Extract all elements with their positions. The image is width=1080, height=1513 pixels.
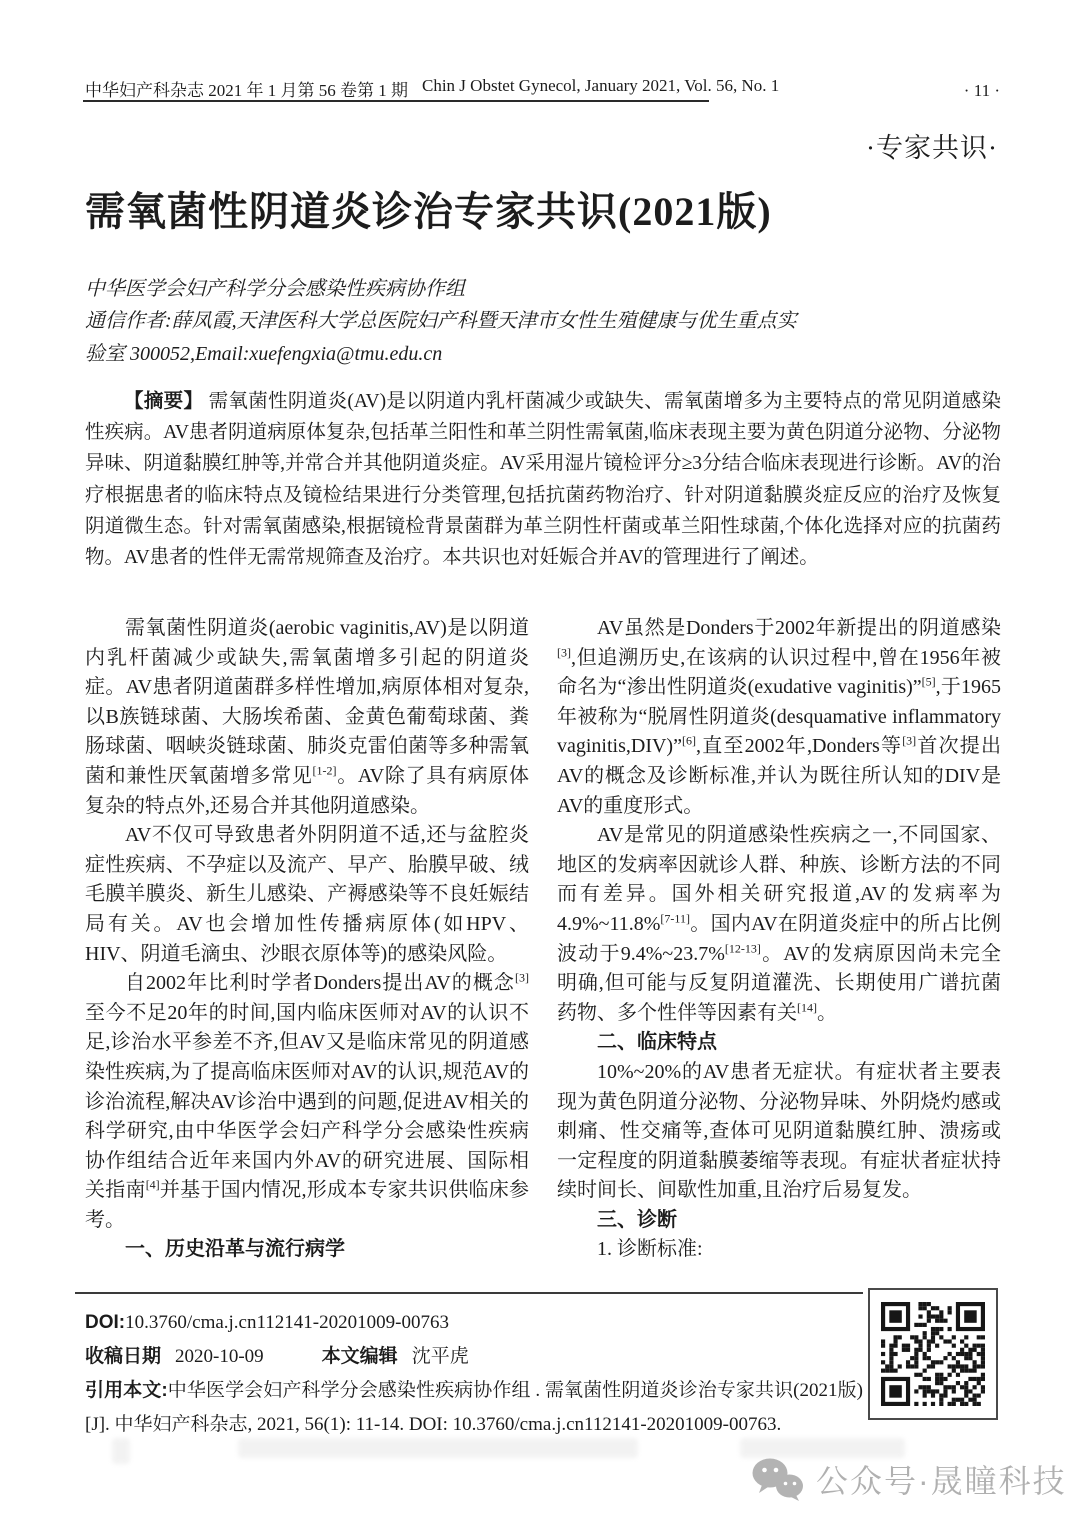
wechat-icon <box>752 1457 804 1501</box>
abstract-text: 需氧菌性阴道炎(AV)是以阴道内乳杆菌减少或缺失、需氧菌增多为主要特点的常见阴道… <box>85 391 1001 568</box>
qr-code-pattern <box>881 1302 985 1406</box>
paragraph: AV是常见的阴道感染性疾病之一,不同国家、地区的发病率因就诊人群、种族、诊断方法… <box>557 821 1001 1028</box>
received-label: 收稿日期 <box>85 1346 161 1367</box>
doi-line: DOI:10.3760/cma.j.cn112141-20201009-0076… <box>85 1306 863 1340</box>
abstract-label: 【摘要】 <box>124 390 203 412</box>
correspondence-line-2: 验室 300052,Email:xuefengxia@tmu.edu.cn <box>85 338 1000 371</box>
section-heading-3: 三、诊断 <box>557 1206 1001 1236</box>
ghost-text-artifact <box>238 1438 638 1458</box>
qr-code <box>868 1288 998 1420</box>
doi-label: DOI: <box>85 1312 125 1333</box>
paragraph: 自2002年比利时学者Donders提出AV的概念[3]至今不足20年的时间,国… <box>85 969 529 1235</box>
paragraph: 1. 诊断标准: <box>557 1235 1001 1265</box>
paragraph: AV虽然是Donders于2002年新提出的阴道感染[3],但追溯历史,在该病的… <box>557 614 1001 821</box>
journal-title-cn: 中华妇产科杂志 2021 年 1 月第 56 卷第 1 期 <box>85 76 408 101</box>
received-value: 2020-10-09 <box>175 1346 264 1367</box>
section-label: ·专家共识· <box>866 126 998 165</box>
journal-title-en: Chin J Obstet Gynecol, January 2021, Vol… <box>422 76 779 101</box>
cite-label: 引用本文: <box>85 1380 168 1401</box>
editor-label: 本文编辑 <box>322 1346 398 1367</box>
cite-value: 中华医学会妇产科学分会感染性疾病协作组 . 需氧菌性阴道炎诊治专家共识(2021… <box>85 1380 863 1435</box>
editor-value: 沈平虎 <box>412 1346 469 1367</box>
citation-line: 引用本文:中华医学会妇产科学分会感染性疾病协作组 . 需氧菌性阴道炎诊治专家共识… <box>85 1374 863 1442</box>
abstract: 【摘要】 需氧菌性阴道炎(AV)是以阴道内乳杆菌减少或缺失、需氧菌增多为主要特点… <box>85 386 1001 573</box>
footer-rule <box>75 1292 863 1294</box>
body-columns: 需氧菌性阴道炎(aerobic vaginitis,AV)是以阴道内乳杆菌减少或… <box>85 614 1001 1265</box>
section-heading-2: 二、临床特点 <box>557 1028 1001 1058</box>
correspondence: 通信作者:薛凤霞,天津医科大学总医院妇产科暨天津市女性生殖健康与优生重点实 验室… <box>85 305 1000 371</box>
author-group: 中华医学会妇产科学分会感染性疾病协作组 <box>85 272 1000 301</box>
footer-notes: DOI:10.3760/cma.j.cn112141-20201009-0076… <box>85 1306 863 1442</box>
paragraph: 需氧菌性阴道炎(aerobic vaginitis,AV)是以阴道内乳杆菌减少或… <box>85 614 529 821</box>
journal-line: 中华妇产科杂志 2021 年 1 月第 56 卷第 1 期 Chin J Obs… <box>85 76 779 101</box>
watermark-text: 公众号·晟瞳科技 <box>816 1456 1067 1502</box>
header-rule <box>83 100 709 102</box>
received-editor-line: 收稿日期2020-10-09本文编辑沈平虎 <box>85 1340 863 1374</box>
left-column: 需氧菌性阴道炎(aerobic vaginitis,AV)是以阴道内乳杆菌减少或… <box>85 614 529 1265</box>
page-header: 中华妇产科杂志 2021 年 1 月第 56 卷第 1 期 Chin J Obs… <box>85 76 1000 101</box>
section-heading-1: 一、历史沿革与流行病学 <box>85 1235 529 1265</box>
ghost-text-artifact <box>112 1438 130 1464</box>
doi-value: 10.3760/cma.j.cn112141-20201009-00763 <box>125 1312 449 1333</box>
ghost-text-artifact <box>740 1438 905 1458</box>
paragraph: AV不仅可导致患者外阴阴道不适,还与盆腔炎症性疾病、不孕症以及流产、早产、胎膜早… <box>85 821 529 969</box>
paragraph: 10%~20%的AV患者无症状。有症状者主要表现为黄色阴道分泌物、分泌物异味、外… <box>557 1058 1001 1206</box>
page-number: · 11 · <box>964 81 1000 101</box>
correspondence-line-1: 通信作者:薛凤霞,天津医科大学总医院妇产科暨天津市女性生殖健康与优生重点实 <box>85 305 1000 338</box>
watermark: 公众号·晟瞳科技 <box>752 1456 1067 1502</box>
right-column: AV虽然是Donders于2002年新提出的阴道感染[3],但追溯历史,在该病的… <box>557 614 1001 1265</box>
journal-page: 中华妇产科杂志 2021 年 1 月第 56 卷第 1 期 Chin J Obs… <box>0 0 1080 1513</box>
article-title: 需氧菌性阴道炎诊治专家共识(2021版) <box>85 180 1000 237</box>
